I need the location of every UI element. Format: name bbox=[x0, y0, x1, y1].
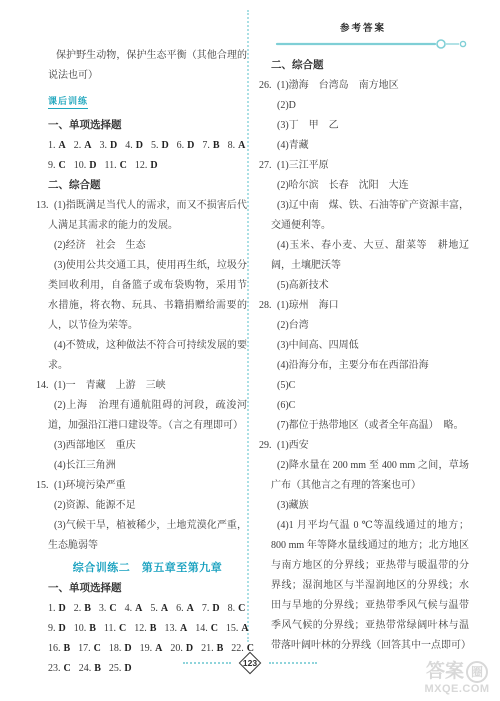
answer-pair: 7.D bbox=[202, 603, 220, 614]
answer-pair: 10.B bbox=[74, 623, 96, 634]
answer-part: (1)三江平原 bbox=[271, 156, 469, 176]
answer-pair: 3.C bbox=[99, 603, 117, 614]
lesson-practice-label: 课后训练 bbox=[48, 95, 88, 109]
answer-pair: 2.A bbox=[74, 140, 92, 151]
footer-dotted-line-left bbox=[183, 662, 231, 664]
question-number: 14. bbox=[36, 376, 49, 396]
answer-part: (6)C bbox=[271, 396, 469, 416]
answer-pair: 4.A bbox=[125, 603, 143, 614]
answer-part: (1)环境污染严重 bbox=[48, 476, 247, 496]
page-header: 参考答案 bbox=[257, 16, 469, 50]
answer-book-page: 保护野生动物，保护生态平衡（其他合理的说法也可） 课后训练 一、单项选择题 1.… bbox=[0, 0, 500, 701]
answer-part: (1)渤海 台湾岛 南方地区 bbox=[271, 76, 469, 96]
mcq-answer-row: 1.D2.B3.C4.A5.A6.A7.D8.C bbox=[48, 599, 247, 619]
mcq-section-heading-2: 一、单项选择题 bbox=[48, 579, 247, 599]
answer-part: (5)C bbox=[271, 376, 469, 396]
answer-part: (3)辽中南 煤、铁、石油等矿产资源丰富，交通便利等。 bbox=[271, 196, 469, 236]
mcq-answer-row: 9.D10.B11.C12.B13.A14.C15.A bbox=[48, 619, 247, 639]
answer-pair: 5.D bbox=[151, 140, 169, 151]
comprehensive-answers-block: 13.(1)指既满足当代人的需求，而又不损害后代人满足其需求的能力的发展。(2)… bbox=[48, 196, 247, 556]
page-number: 123 bbox=[243, 658, 257, 668]
answer-part: (4)不赞成，这种做法不符合可持续发展的要求。 bbox=[48, 336, 247, 376]
answer-part: (3)使用公共交通工具，使用再生纸，垃圾分类回收利用，自备篮子或布袋购物，采用节… bbox=[48, 256, 247, 336]
watermark-logo-text: 答案 bbox=[426, 661, 464, 683]
watermark-logo: 答案 圈 bbox=[416, 661, 498, 683]
watermark-site: MXQE.COM bbox=[416, 683, 498, 696]
question-item: 15.(1)环境污染严重(2)资源、能源不足(3)气候干旱，植被稀少，土地荒漠化… bbox=[48, 476, 247, 556]
answer-part: (2)上海 治理有通航阻碍的河段，疏浚河道，加强沿江港口建设等。（言之有理即可） bbox=[48, 396, 247, 436]
answer-pair: 12.D bbox=[135, 160, 158, 171]
answer-part: (1)一 青藏 上游 三峡 bbox=[48, 376, 247, 396]
page-title: 参考答案 bbox=[257, 16, 469, 36]
answer-part: (4)沿海分布，主要分布在西部沿海 bbox=[271, 356, 469, 376]
page-number-diamond: 123 bbox=[238, 651, 262, 675]
answer-part: (4)青藏 bbox=[271, 136, 469, 156]
answer-part: (2)降水量在 200 mm 至 400 mm 之间，草场广布（其他言之有理的答… bbox=[271, 456, 469, 496]
answer-pair: 5.A bbox=[150, 603, 168, 614]
footer-dotted-line-right bbox=[269, 662, 317, 664]
answer-part: (4)玉米、春小麦、大豆、甜菜等 耕地辽阔，土壤肥沃等 bbox=[271, 236, 469, 276]
answer-part: (4)1 月平均气温 0 ℃等温线通过的地方；800 mm 年等降水量线通过的地… bbox=[271, 516, 469, 656]
answer-pair: 4.D bbox=[125, 140, 143, 151]
answer-pair: 12.B bbox=[134, 623, 156, 634]
mcq-answer-row: 1.A2.A3.D4.D5.D6.D7.B8.A bbox=[48, 136, 247, 156]
answer-pair: 6.D bbox=[177, 140, 195, 151]
answer-pair: 9.C bbox=[48, 160, 66, 171]
left-column: 保护野生动物，保护生态平衡（其他合理的说法也可） 课后训练 一、单项选择题 1.… bbox=[35, 46, 247, 679]
mcq-section-heading: 一、单项选择题 bbox=[48, 116, 247, 136]
answer-part: (7)都位于热带地区（或者全年高温） 略。 bbox=[271, 416, 469, 436]
answer-part: (3)气候干旱，植被稀少，土地荒漠化严重，生态脆弱等 bbox=[48, 516, 247, 556]
right-column: 参考答案 二、综合题 26.(1)渤海 台湾岛 南方地区(2)D(3)丁 甲 乙… bbox=[257, 16, 469, 656]
question-number: 28. bbox=[259, 296, 272, 316]
answer-part: (2)经济 社会 生态 bbox=[48, 236, 247, 256]
question-number: 27. bbox=[259, 156, 272, 176]
answer-part: (3)中间高、四周低 bbox=[271, 336, 469, 356]
question-number: 13. bbox=[36, 196, 49, 216]
mcq-answer-row: 9.C10.D11.C12.D bbox=[48, 156, 247, 176]
answer-pair: 11.C bbox=[104, 160, 126, 171]
answer-pair: 8.C bbox=[228, 603, 246, 614]
answer-pair: 11.C bbox=[104, 623, 126, 634]
answer-part: (2)台湾 bbox=[271, 316, 469, 336]
answer-part: (4)长江三角洲 bbox=[48, 456, 247, 476]
answer-part: (2)哈尔滨 长春 沈阳 大连 bbox=[271, 176, 469, 196]
answer-part: (1)指既满足当代人的需求，而又不损害后代人满足其需求的能力的发展。 bbox=[48, 196, 247, 236]
column-divider bbox=[247, 10, 249, 642]
answer-part: (3)西部地区 重庆 bbox=[48, 436, 247, 456]
answer-pair: 1.A bbox=[48, 140, 66, 151]
answer-pair: 1.D bbox=[48, 603, 66, 614]
answer-part: (1)琼州 海口 bbox=[271, 296, 469, 316]
question-item: 14.(1)一 青藏 上游 三峡(2)上海 治理有通航阻碍的河段，疏浚河道，加强… bbox=[48, 376, 247, 476]
comprehensive-section-heading: 二、综合题 bbox=[48, 176, 247, 196]
header-rule-line bbox=[257, 38, 469, 50]
answer-pair: 10.D bbox=[74, 160, 97, 171]
answer-pair: 13.A bbox=[164, 623, 187, 634]
answer-pair: 9.D bbox=[48, 623, 66, 634]
question-item: 29.(1)西安(2)降水量在 200 mm 至 400 mm 之间，草场广布（… bbox=[271, 436, 469, 656]
watermark: 答案 圈 MXQE.COM bbox=[416, 661, 498, 696]
question-item: 26.(1)渤海 台湾岛 南方地区(2)D(3)丁 甲 乙(4)青藏 bbox=[271, 76, 469, 156]
answer-part: (2)D bbox=[271, 96, 469, 116]
answer-part: (1)西安 bbox=[271, 436, 469, 456]
question-number: 26. bbox=[259, 76, 272, 96]
question-item: 27.(1)三江平原(2)哈尔滨 长春 沈阳 大连(3)辽中南 煤、铁、石油等矿… bbox=[271, 156, 469, 296]
answer-part: (3)丁 甲 乙 bbox=[271, 116, 469, 136]
answer-pair: 6.A bbox=[176, 603, 194, 614]
answer-part: (5)高新技术 bbox=[271, 276, 469, 296]
answer-pair: 15.A bbox=[226, 623, 249, 634]
carryover-answer-text: 保护野生动物，保护生态平衡（其他合理的说法也可） bbox=[48, 46, 247, 86]
comprehensive-section-heading-right: 二、综合题 bbox=[271, 56, 469, 76]
question-item: 28.(1)琼州 海口(2)台湾(3)中间高、四周低(4)沿海分布，主要分布在西… bbox=[271, 296, 469, 436]
answer-pair: 7.B bbox=[202, 140, 219, 151]
watermark-circle-icon: 圈 bbox=[466, 661, 488, 683]
answer-pair: 3.D bbox=[99, 140, 117, 151]
answer-pair: 8.A bbox=[228, 140, 246, 151]
question-number: 29. bbox=[259, 436, 272, 456]
question-number: 15. bbox=[36, 476, 49, 496]
comprehensive-answers-block-right: 26.(1)渤海 台湾岛 南方地区(2)D(3)丁 甲 乙(4)青藏27.(1)… bbox=[271, 76, 469, 656]
answer-part: (2)资源、能源不足 bbox=[48, 496, 247, 516]
answer-pair: 2.B bbox=[74, 603, 91, 614]
question-item: 13.(1)指既满足当代人的需求，而又不损害后代人满足其需求的能力的发展。(2)… bbox=[48, 196, 247, 376]
unit-heading: 综合训练二 第五章至第九章 bbox=[48, 558, 247, 578]
lesson-label-wrap: 课后训练 bbox=[48, 92, 247, 112]
answer-part: (3)藏族 bbox=[271, 496, 469, 516]
mcq-answers-block: 1.A2.A3.D4.D5.D6.D7.B8.A9.C10.D11.C12.D bbox=[48, 136, 247, 176]
answer-pair: 14.C bbox=[195, 623, 218, 634]
